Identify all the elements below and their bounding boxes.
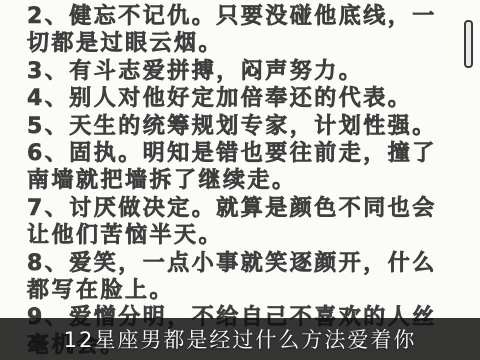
- text-line: 2、健忘不记仇。只要没碰他底线，一: [27, 3, 480, 30]
- text-line: 让他们苦恼半天。: [27, 222, 480, 249]
- text-line: 3、有斗志爱拼搏，闷声努力。: [27, 58, 480, 85]
- text-line: 南墙就把墙拆了继续走。: [27, 167, 480, 194]
- text-line: 6、固执。明知是错也要往前走，撞了: [27, 140, 480, 167]
- scrollbar-thumb[interactable]: [464, 20, 473, 68]
- caption-text: 12星座男都是经过什么方法爱着你: [64, 324, 417, 354]
- article-page: 2、健忘不记仇。只要没碰他底线，一切都是过眼云烟。3、有斗志爱拼搏，闷声努力。4…: [0, 0, 480, 360]
- text-line: 8、爱笑，一点小事就笑逐颜开，什么: [27, 250, 480, 277]
- text-line: 4、别人对他好定加倍奉还的代表。: [27, 85, 480, 112]
- text-line: 都写在脸上。: [27, 277, 480, 304]
- text-line: 7、讨厌做决定。就算是颜色不同也会: [27, 195, 480, 222]
- zodiac-trait-list: 2、健忘不记仇。只要没碰他底线，一切都是过眼云烟。3、有斗志爱拼搏，闷声努力。4…: [27, 3, 480, 359]
- text-line: 切都是过眼云烟。: [27, 30, 480, 57]
- caption-bar: 12星座男都是经过什么方法爱着你: [0, 318, 480, 360]
- text-line: 5、天生的统筹规划专家，计划性强。: [27, 113, 480, 140]
